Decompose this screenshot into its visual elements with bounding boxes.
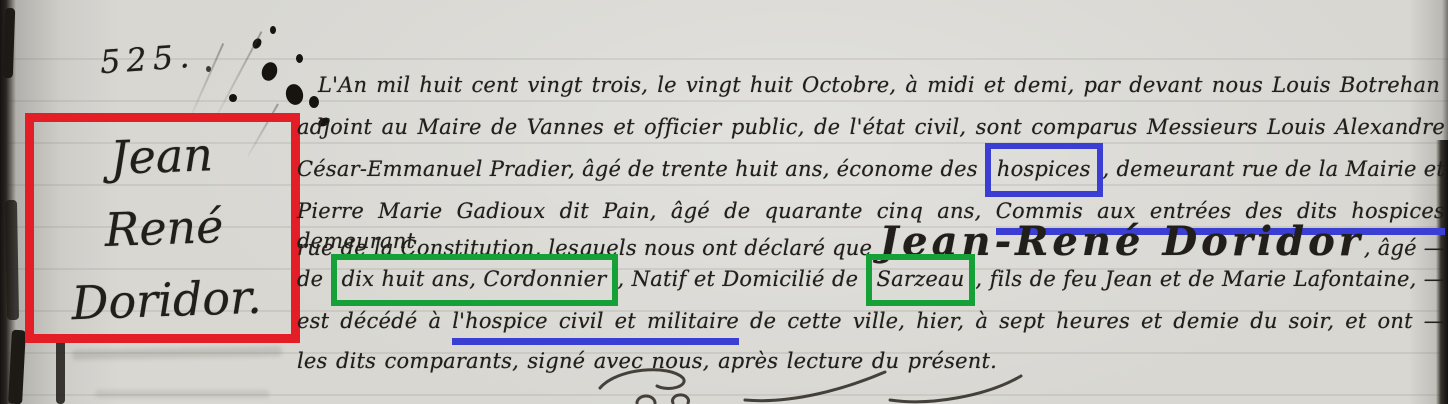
record-text: est décédé à xyxy=(297,309,452,333)
record-line-6: de dix huit ans, Cordonnier, Natif et Do… xyxy=(297,264,1445,294)
ink-blot xyxy=(296,54,303,63)
record-line-7: est décédé à l'hospice civil et militair… xyxy=(297,306,1445,336)
ink-blot xyxy=(229,94,237,102)
ink-blot xyxy=(270,26,276,34)
scanned-register-page: 525. Jean René Doridor. L'An mil huit ce… xyxy=(0,0,1448,404)
record-line-3: César-Emmanuel Pradier, âgé de trente hu… xyxy=(297,154,1445,184)
margin-name-line-2: René xyxy=(29,187,299,268)
record-text: de cette ville, hier, à sept heures et d… xyxy=(739,309,1445,333)
record-text: de xyxy=(297,267,331,291)
margin-name-line-3: Doridor. xyxy=(31,259,301,340)
faint-bleedthrough xyxy=(95,390,270,398)
record-text: , Natif et Domicilié de xyxy=(618,267,866,291)
record-line-1: L'An mil huit cent vingt trois, le vingt… xyxy=(318,70,1440,100)
margin-name-line-1: Jean xyxy=(26,115,296,196)
margin-deceased-name: Jean René Doridor. xyxy=(26,115,301,340)
green-box-sarzeau: Sarzeau xyxy=(866,254,976,306)
binding-streak xyxy=(5,200,19,320)
record-text: L'An mil huit cent vingt trois, le vingt… xyxy=(318,73,1440,97)
record-line-2: adjoint au Maire de Vannes et officier p… xyxy=(297,112,1445,142)
blue-underline-hospice-civil-militaire: l'hospice civil et militaire xyxy=(452,309,739,345)
record-text: , fils de feu Jean et de Marie Lafontain… xyxy=(975,267,1445,291)
act-number: 525. xyxy=(99,37,197,82)
record-text: , âgé — xyxy=(1364,236,1445,260)
record-text: adjoint au Maire de Vannes et officier p… xyxy=(297,115,1445,139)
record-text: , demeurant rue de la Mairie et xyxy=(1103,157,1445,181)
binding-streak xyxy=(56,336,65,404)
green-box-age-profession: dix huit ans, Cordonnier xyxy=(331,254,618,306)
blue-box-hospices: hospices xyxy=(985,143,1103,197)
record-text: César-Emmanuel Pradier, âgé de trente hu… xyxy=(297,157,985,181)
signature-flourish xyxy=(585,366,1035,404)
